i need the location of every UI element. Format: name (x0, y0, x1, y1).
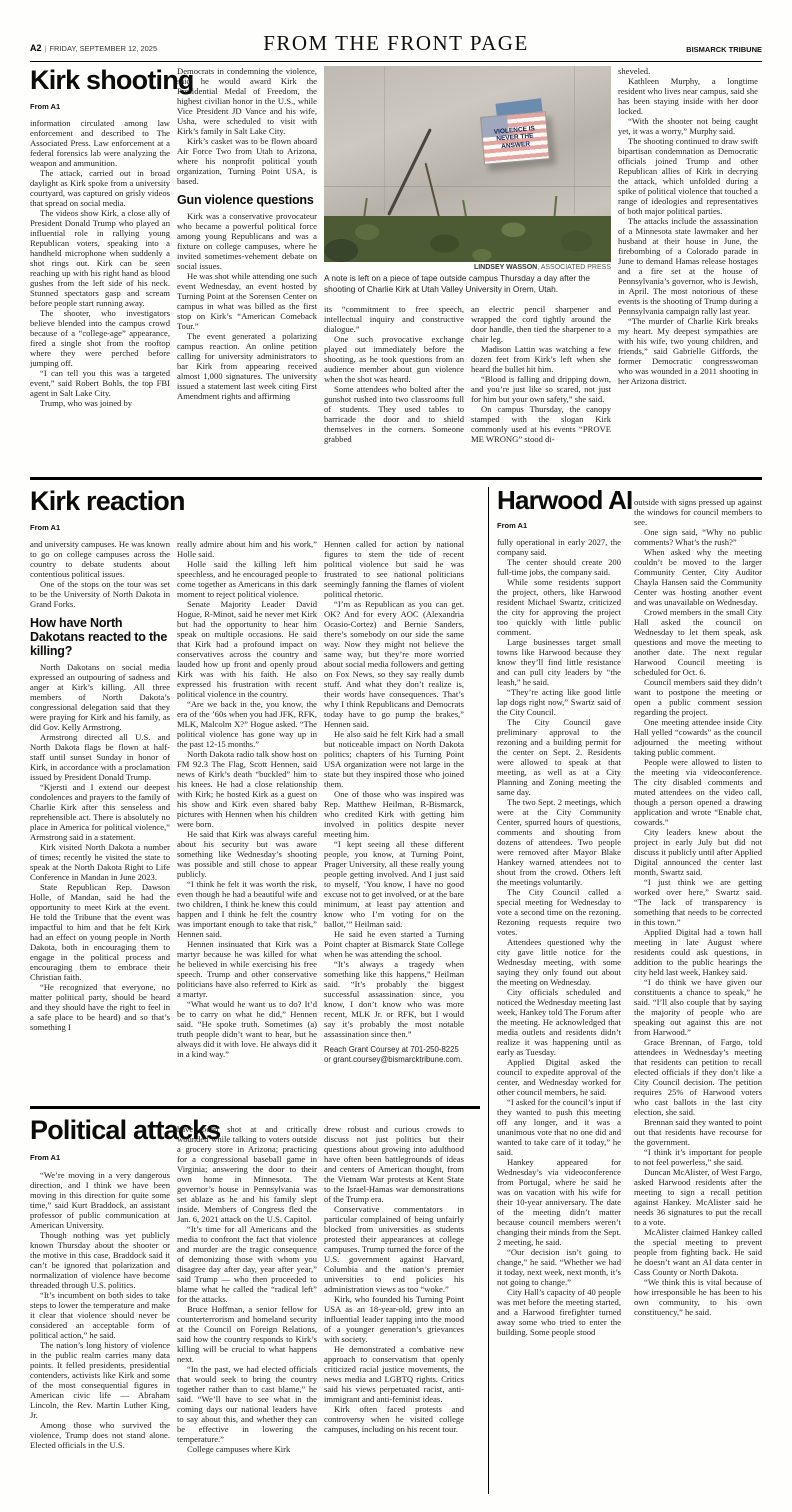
article-paragraph: “He recognized that everyone, no matter … (30, 982, 170, 1032)
newspaper-page: A2|FRIDAY, SEPTEMBER 12, 2025 FROM THE F… (0, 0, 792, 1512)
article-paragraph: “Our decision isn’t going to change,” he… (497, 1247, 621, 1287)
article-paragraph: Though nothing was yet publicly known Th… (30, 1230, 170, 1290)
article-paragraph: The shooting continued to draw swift bip… (618, 136, 758, 216)
article-paragraph: Large businesses target small towns like… (497, 637, 621, 687)
wall-seam (384, 66, 385, 214)
article-paragraph: Madison Lattin was watching a few dozen … (471, 344, 611, 374)
article-paragraph: One of the stops on the tour was set to … (30, 579, 170, 609)
section-rule (30, 477, 762, 480)
article-paragraph: The City Council gave preliminary approv… (497, 717, 621, 797)
section-title: FROM THE FRONT PAGE (0, 31, 792, 56)
article-paragraph: really admire about him and his work,” H… (177, 539, 317, 559)
article-paragraph: information circulated among law enforce… (30, 118, 170, 168)
article-paragraph: an electric pencil sharpener and wrapped… (471, 304, 611, 344)
article-paragraph: “I just think we are getting worked over… (634, 877, 762, 927)
article-paragraph: When asked why the meeting couldn’t be m… (634, 547, 762, 607)
news-photo: VIOLENCE IS NEVER THE ANSWER (324, 66, 611, 262)
article-paragraph: “It’s incumbent on both sides to take st… (30, 1290, 170, 1340)
photo-credit-name: LINDSEY WASSON (474, 264, 537, 271)
article-paragraph: Democrats in condemning the violence, sa… (177, 66, 317, 136)
header-rule (30, 61, 762, 62)
publication-name: BISMARCK TRIBUNE (686, 45, 762, 54)
wall-seam (324, 186, 611, 187)
article-column: have been shot at and critically wounded… (177, 1124, 317, 1496)
article-paragraph: He demonstrated a combative new approach… (324, 1344, 464, 1404)
article-paragraph: “Are we back in the, you know, the era o… (177, 699, 317, 749)
article-paragraph: “It’s time for all Americans and the med… (177, 1224, 317, 1304)
photo-credit-agency: , ASSOCIATED PRESS (537, 264, 611, 271)
article-paragraph: The nation’s long history of violence in… (30, 1340, 170, 1420)
article-paragraph: The shooter, who investigators believe b… (30, 308, 170, 368)
article-paragraph: fully operational in early 2027, the com… (497, 537, 621, 557)
article-paragraph: City leaders knew about the project in e… (634, 827, 762, 877)
photo-credit: LINDSEY WASSON, ASSOCIATED PRESS (324, 264, 611, 271)
article-column: an electric pencil sharpener and wrapped… (471, 304, 611, 464)
article-paragraph: and university campuses. He was known to… (30, 539, 170, 579)
article-column: drew robust and curious crowds to discus… (324, 1124, 464, 1496)
article-paragraph: One of those who was inspired was Rep. M… (324, 789, 464, 839)
headline-harwood-ai: Harwood AI (497, 487, 632, 514)
article-paragraph: its “commitment to free speech, intellec… (324, 304, 464, 334)
article-subhead: How have North Dakotans reacted to the k… (30, 616, 170, 658)
article-column: really admire about him and his work,” H… (177, 539, 317, 1099)
article-paragraph: “In the past, we had elected officials t… (177, 1364, 317, 1444)
article-paragraph: Trump, who was joined by (30, 398, 170, 408)
article-paragraph: Council members said they didn’t want to… (634, 677, 762, 717)
article-paragraph: One such provocative exchange played out… (324, 334, 464, 384)
article-paragraph: Kirk was a conservative provocateur who … (177, 211, 317, 271)
article-paragraph: Kirk, who founded his Turning Point USA … (324, 1294, 464, 1344)
article-paragraph: One meeting attendee inside City Hall ye… (634, 717, 762, 757)
article-paragraph: Hennen insinuated that Kirk was a martyr… (177, 939, 317, 999)
article-column: Hennen called for action by national fig… (324, 539, 464, 1101)
article-paragraph: “I think he felt it was worth the risk, … (177, 879, 317, 939)
article-paragraph: “I kept seeing all these different peopl… (324, 839, 464, 929)
kicker-political-attacks: From A1 (30, 1153, 60, 1162)
article-paragraph: drew robust and curious crowds to discus… (324, 1124, 464, 1204)
article-paragraph: City officials scheduled and noticed the… (497, 987, 621, 1057)
article-subhead: Gun violence questions (177, 193, 317, 207)
article-paragraph: Holle said the killing left him speechle… (177, 559, 317, 599)
article-paragraph: “We’re moving in a very dangerous direct… (30, 1170, 170, 1230)
article-paragraph: One sign said, “Why no public comments? … (634, 527, 762, 547)
article-paragraph: Kirk’s casket was to be flown aboard Air… (177, 136, 317, 186)
article-paragraph: The attack, carried out in broad dayligh… (30, 168, 170, 208)
article-paragraph: On campus Thursday, the canopy stamped w… (471, 404, 611, 444)
article-paragraph: While some residents support the project… (497, 577, 621, 637)
flag-note: VIOLENCE IS NEVER THE ANSWER (480, 111, 550, 165)
article-paragraph: Senate Majority Leader David Hogue, R-Mi… (177, 599, 317, 699)
twig (425, 163, 442, 224)
article-column: information circulated among law enforce… (30, 118, 170, 463)
article-paragraph: Hankey appeared for Wednesday’s via vide… (497, 1157, 621, 1247)
article-paragraph: outside with signs pressed up against th… (634, 497, 762, 527)
article-paragraph: He said that Kirk was always careful abo… (177, 829, 317, 879)
article-paragraph: State Republican Rep. Dawson Holle, of M… (30, 882, 170, 982)
column-rule (488, 487, 489, 1494)
wall-seam (574, 66, 575, 214)
article-paragraph: Some attendees who bolted after the guns… (324, 384, 464, 444)
article-paragraph: Kirk visited North Dakota a number of ti… (30, 842, 170, 882)
article-paragraph: “We think this is vital because of how i… (634, 1277, 762, 1317)
article-paragraph: “What would he want us to do? It’d be to… (177, 999, 317, 1059)
article-column: sheveled.Kathleen Murphy, a longtime res… (618, 66, 758, 463)
kicker-kirk-shooting: From A1 (30, 102, 60, 111)
article-paragraph: The attacks include the assassination of… (618, 216, 758, 316)
section-rule (30, 1106, 480, 1109)
article-paragraph: He also said he felt Kirk had a small bu… (324, 729, 464, 789)
article-paragraph: Kathleen Murphy, a longtime resident who… (618, 76, 758, 116)
article-paragraph: “Kjersti and I extend our deepest condol… (30, 782, 170, 842)
article-paragraph: Kirk often faced protests and controvers… (324, 1404, 464, 1434)
article-paragraph: Duncan McAlister, of West Fargo, asked H… (634, 1167, 762, 1227)
article-paragraph: Bruce Hoffman, a senior fellow for count… (177, 1304, 317, 1364)
article-paragraph: “I can tell you this was a targeted even… (30, 368, 170, 398)
article-paragraph: Attendees questioned why the city gave l… (497, 937, 621, 987)
kicker-kirk-reaction: From A1 (30, 523, 60, 532)
article-paragraph: Hennen called for action by national fig… (324, 539, 464, 599)
article-paragraph: Armstrong directed all U.S. and North Da… (30, 732, 170, 782)
article-paragraph: Conservative commentators in particular … (324, 1204, 464, 1294)
article-paragraph: The center should create 200 full-time j… (497, 557, 621, 577)
article-paragraph: Grace Brennan, of Fargo, told attendees … (634, 1037, 762, 1117)
article-column: Democrats in condemning the violence, sa… (177, 66, 317, 463)
article-column: “We’re moving in a very dangerous direct… (30, 1170, 170, 1496)
article-paragraph: The videos show Kirk, a close ally of Pr… (30, 208, 170, 308)
article-column: and university campuses. He was known to… (30, 539, 170, 1099)
article-paragraph: “They’re acting like good little lap dog… (497, 687, 621, 717)
article-paragraph: “I think it’s important for people to no… (634, 1147, 762, 1167)
photo-caption: A note is left on a piece of tape outsid… (324, 273, 611, 298)
article-paragraph: Applied Digital had a town hall meeting … (634, 927, 762, 977)
article-paragraph: “I do think we have given our constituen… (634, 977, 762, 1037)
article-paragraph: Among those who survived the violence, T… (30, 1420, 170, 1450)
article-paragraph: College campuses where Kirk (177, 1444, 317, 1454)
article-paragraph: Crowd members in the small City Hall ask… (634, 607, 762, 677)
reporter-tagline: Reach Grant Coursey at 701-250-8225 or g… (324, 1045, 464, 1065)
article-paragraph: North Dakota radio talk show host on FM … (177, 749, 317, 829)
article-paragraph: “It’s always a tragedy when something li… (324, 959, 464, 1039)
article-paragraph: The event generated a polarizing campus … (177, 331, 317, 401)
kicker-harwood-ai: From A1 (497, 521, 527, 530)
article-paragraph: People were allowed to listen to the mee… (634, 757, 762, 827)
article-paragraph: “With the shooter not being caught yet, … (618, 116, 758, 136)
article-paragraph: have been shot at and critically wounded… (177, 1124, 317, 1224)
twig (387, 128, 432, 216)
article-paragraph: Applied Digital asked the council to exp… (497, 1057, 621, 1097)
article-paragraph: “I asked for the council’s input if they… (497, 1097, 621, 1157)
article-column: fully operational in early 2027, the com… (497, 537, 621, 1494)
article-paragraph: sheveled. (618, 66, 758, 76)
article-paragraph: “Blood is falling and dripping down, and… (471, 374, 611, 404)
article-paragraph: “I’m as Republican as you can get. OK? A… (324, 599, 464, 729)
article-paragraph: “The murder of Charlie Kirk breaks my he… (618, 316, 758, 386)
article-paragraph: Brennan said they wanted to point out th… (634, 1117, 762, 1147)
article-paragraph: He said he even started a Turning Point … (324, 929, 464, 959)
article-paragraph: McAlister claimed Hankey called the spec… (634, 1227, 762, 1277)
article-paragraph: North Dakotans on social media expressed… (30, 662, 170, 732)
note-message: VIOLENCE IS NEVER THE ANSWER (481, 112, 549, 163)
article-paragraph: The two Sept. 2 meetings, which were at … (497, 797, 621, 887)
foliage (324, 216, 611, 262)
article-paragraph: City Hall’s capacity of 40 people was me… (497, 1287, 621, 1337)
article-paragraph: He was shot while attending one such eve… (177, 271, 317, 331)
article-column: its “commitment to free speech, intellec… (324, 304, 464, 464)
headline-kirk-reaction: Kirk reaction (30, 487, 185, 515)
article-paragraph: The City Council called a special meetin… (497, 887, 621, 937)
article-column: outside with signs pressed up against th… (634, 497, 762, 1494)
headline-kirk-shooting: Kirk shooting (30, 66, 194, 94)
